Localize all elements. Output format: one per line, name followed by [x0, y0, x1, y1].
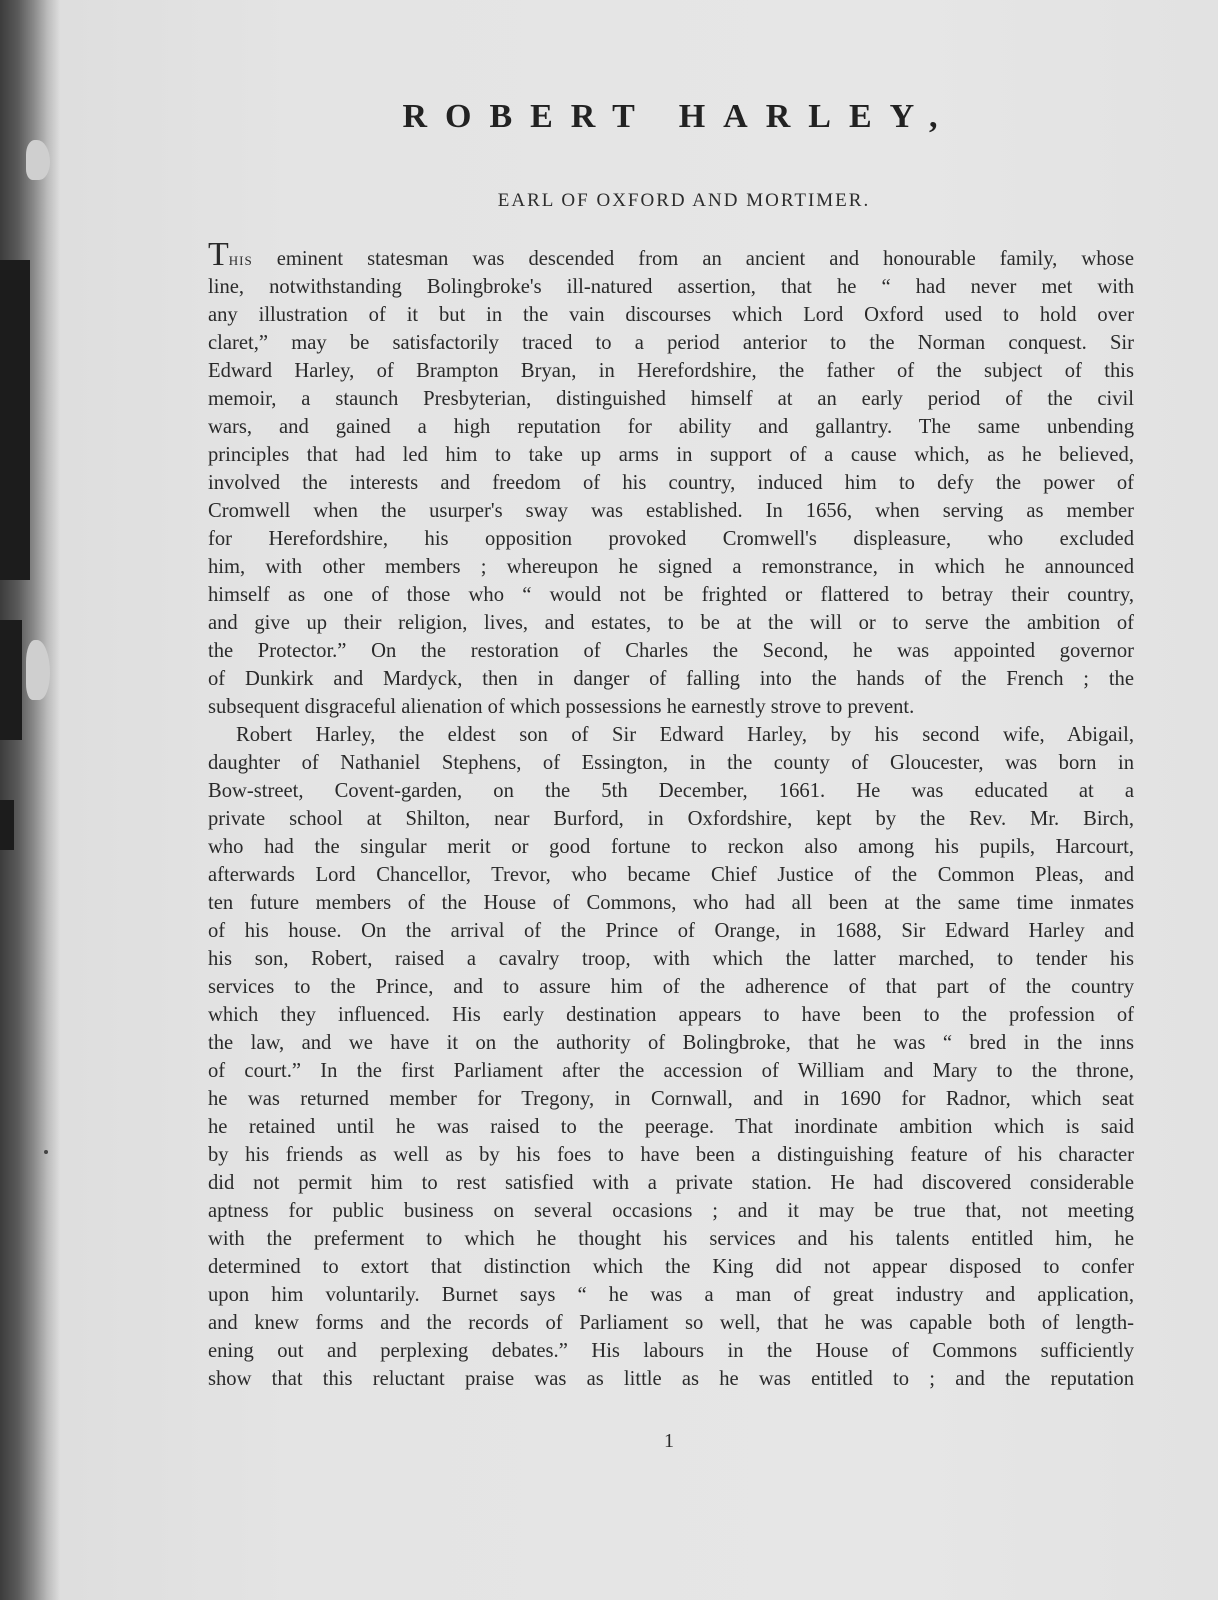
text-line: claret,” may be satisfactorily traced to… — [208, 329, 1134, 357]
binding-shadow — [0, 800, 14, 850]
text-line: line, notwithstanding Bolingbroke's ill-… — [208, 273, 1134, 301]
text-line: the law, and we have it on the authority… — [208, 1029, 1134, 1057]
torn-page-edge — [0, 0, 60, 1600]
text-line: himself as one of those who “ would not … — [208, 581, 1134, 609]
text-line: of his house. On the arrival of the Prin… — [208, 917, 1134, 945]
text-line: he retained until he was raised to the p… — [208, 1113, 1134, 1141]
text-line: private school at Shilton, near Burford,… — [208, 805, 1134, 833]
text-line: which they influenced. His early destina… — [208, 1001, 1134, 1029]
text-line: Robert Harley, the eldest son of Sir Edw… — [208, 721, 1134, 749]
small-caps-word: HIS — [229, 253, 253, 268]
text-line: memoir, a staunch Presbyterian, distingu… — [208, 385, 1134, 413]
text-line: determined to extort that distinction wh… — [208, 1253, 1134, 1281]
text-line: principles that had led him to take up a… — [208, 441, 1134, 469]
text-line: afterwards Lord Chancellor, Trevor, who … — [208, 861, 1134, 889]
paper-tear — [26, 140, 50, 180]
text-line: show that this reluctant praise was as l… — [208, 1365, 1134, 1393]
chapter-subtitle: EARL OF OXFORD AND MORTIMER. — [0, 190, 1218, 212]
text-line: THIS eminent statesman was descended fro… — [208, 245, 1134, 273]
text-line: by his friends as well as by his foes to… — [208, 1141, 1134, 1169]
paper-tear — [26, 640, 50, 700]
text-line: the Protector.” On the restoration of Ch… — [208, 637, 1134, 665]
text-line: daughter of Nathaniel Stephens, of Essin… — [208, 749, 1134, 777]
drop-cap: T — [208, 236, 229, 273]
binding-shadow — [0, 620, 22, 740]
text-line: wars, and gained a high reputation for a… — [208, 413, 1134, 441]
page-number: 1 — [0, 1430, 1218, 1453]
text-line: Edward Harley, of Brampton Bryan, in Her… — [208, 357, 1134, 385]
text-line: subsequent disgraceful alienation of whi… — [208, 693, 1134, 721]
text-line: ening out and perplexing debates.” His l… — [208, 1337, 1134, 1365]
text-line: of court.” In the first Parliament after… — [208, 1057, 1134, 1085]
text-line: services to the Prince, and to assure hi… — [208, 973, 1134, 1001]
text-line: and give up their religion, lives, and e… — [208, 609, 1134, 637]
text-line: of Dunkirk and Mardyck, then in danger o… — [208, 665, 1134, 693]
text-line: him, with other members ; whereupon he s… — [208, 553, 1134, 581]
text-line: aptness for public business on several o… — [208, 1197, 1134, 1225]
text-line: Bow-street, Covent-garden, on the 5th De… — [208, 777, 1134, 805]
book-page: ROBERT HARLEY, EARL OF OXFORD AND MORTIM… — [0, 0, 1218, 1600]
text-line: upon him voluntarily. Burnet says “ he w… — [208, 1281, 1134, 1309]
body-text: THIS eminent statesman was descended fro… — [208, 245, 1134, 1393]
paper-speck — [44, 1150, 48, 1154]
text-line: for Herefordshire, his opposition provok… — [208, 525, 1134, 553]
text-line: did not permit him to rest satisfied wit… — [208, 1169, 1134, 1197]
text-line: with the preferment to which he thought … — [208, 1225, 1134, 1253]
binding-shadow — [0, 260, 30, 580]
text-line: ten future members of the House of Commo… — [208, 889, 1134, 917]
text-line: his son, Robert, raised a cavalry troop,… — [208, 945, 1134, 973]
chapter-title: ROBERT HARLEY, — [0, 98, 1218, 136]
text-line: and knew forms and the records of Parlia… — [208, 1309, 1134, 1337]
text-line: any illustration of it but in the vain d… — [208, 301, 1134, 329]
text-line: Cromwell when the usurper's sway was est… — [208, 497, 1134, 525]
text-line: involved the interests and freedom of hi… — [208, 469, 1134, 497]
text-line: he was returned member for Tregony, in C… — [208, 1085, 1134, 1113]
text-line: who had the singular merit or good fortu… — [208, 833, 1134, 861]
